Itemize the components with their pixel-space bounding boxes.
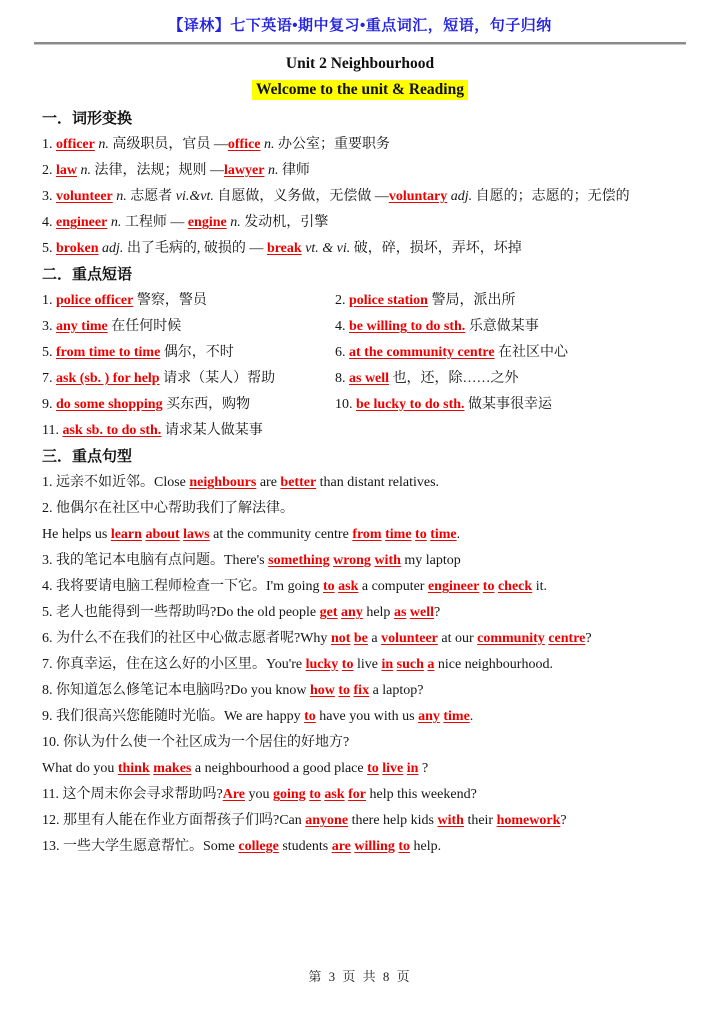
text-segment: than distant relatives. — [316, 475, 439, 490]
text-segment: office — [228, 137, 261, 152]
text-segment: 1. 远亲不如近邻。Close — [42, 475, 189, 490]
wordform-line: 4. engineer n. 工程师 — engine n. 发动机，引擎 — [42, 210, 680, 236]
text-segment: as well — [349, 371, 389, 386]
text-segment: 办公室；重要职务 — [275, 137, 391, 152]
text-segment: time — [430, 527, 456, 542]
text-segment: 警察，警员 — [133, 293, 207, 308]
text-segment: help — [363, 605, 394, 620]
text-segment: you — [245, 787, 273, 802]
text-segment: any — [418, 709, 440, 724]
text-segment: college — [238, 839, 278, 854]
text-segment: 6. 为什么不在我们的社区中心做志愿者呢?Why — [42, 631, 331, 646]
text-segment: lawyer — [224, 163, 264, 178]
text-segment: 买东西，购物 — [163, 397, 251, 412]
wordform-line: 2. law n. 法律，法规；规则 —lawyer n. 律师 — [42, 158, 680, 184]
text-segment: 10. 你认为什么使一个社区成为一个居住的好地方? — [42, 735, 349, 750]
phrase-row: 3. any time 在任何时候4. be willing to do sth… — [42, 314, 680, 340]
text-segment: there help kids — [348, 813, 437, 828]
text-segment: check — [498, 579, 532, 594]
sentence-line: 12. 那里有人能在作业方面帮孩子们吗?Can anyone there hel… — [42, 808, 680, 834]
text-segment: 2. 他偶尔在社区中心帮助我们了解法律。 — [42, 501, 294, 516]
text-segment: homework — [497, 813, 561, 828]
text-segment: 10. — [335, 397, 356, 412]
text-segment: 也，还，除……之外 — [389, 371, 519, 386]
text-segment: willing — [354, 839, 394, 854]
text-segment: 9. — [42, 397, 56, 412]
text-segment: are — [332, 839, 351, 854]
text-segment: at the community centre — [210, 527, 353, 542]
text-segment: 发动机，引擎 — [241, 215, 329, 230]
text-segment: 做某事很幸运 — [465, 397, 553, 412]
text-segment: ask — [324, 787, 344, 802]
section-heading-phrases: 二．重点短语 — [42, 262, 680, 288]
text-segment: officer — [56, 137, 95, 152]
unit-title: Unit 2 Neighbourhood — [0, 55, 720, 73]
text-segment: break — [267, 241, 302, 256]
document-page: 【译林】七下英语•期中复习•重点词汇，短语，句子归纳 Unit 2 Neighb… — [0, 0, 720, 1024]
text-segment: vt. & vi. — [305, 241, 350, 256]
text-segment: n. — [98, 137, 109, 152]
text-segment: how — [310, 683, 335, 698]
text-segment: with — [374, 553, 400, 568]
phrase-item: 6. at the community centre 在社区中心 — [335, 340, 568, 366]
text-segment: 在社区中心 — [495, 345, 569, 360]
text-segment: such — [397, 657, 424, 672]
phrase-item: 8. as well 也，还，除……之外 — [335, 366, 519, 392]
wordforms-list: 1. officer n. 高级职员，官员 —office n. 办公室；重要职… — [42, 132, 680, 262]
text-segment: engineer — [428, 579, 479, 594]
text-segment: 自愿的；志愿的；无偿的 — [472, 189, 630, 204]
text-segment: n. — [268, 163, 279, 178]
text-segment: 自愿做，义务做，无偿做 — — [214, 189, 389, 204]
text-segment: a neighbourhood a good place — [191, 761, 367, 776]
text-segment: He helps us — [42, 527, 111, 542]
text-segment: 律师 — [278, 163, 310, 178]
page-number-footer: 第 3 页 共 8 页 — [0, 966, 720, 985]
text-segment: to — [323, 579, 335, 594]
text-segment: 警局，派出所 — [428, 293, 516, 308]
text-segment: in — [407, 761, 419, 776]
text-segment: get — [320, 605, 338, 620]
text-segment: adj. — [102, 241, 123, 256]
sentence-line: 10. 你认为什么使一个社区成为一个居住的好地方? — [42, 730, 680, 756]
text-segment: 高级职员，官员 — — [109, 137, 228, 152]
text-segment: 4. — [335, 319, 349, 334]
text-segment: well — [410, 605, 434, 620]
text-segment: it. — [532, 579, 547, 594]
text-segment: anyone — [305, 813, 348, 828]
sentences-list: 1. 远亲不如近邻。Close neighbours are better th… — [42, 470, 680, 860]
text-segment: n. — [264, 137, 275, 152]
text-segment: . — [457, 527, 461, 542]
phrase-row: 7. ask (sb. ) for help 请求（某人）帮助8. as wel… — [42, 366, 680, 392]
text-segment: voluntary — [389, 189, 447, 204]
text-segment: in — [381, 657, 393, 672]
text-segment: do some shopping — [56, 397, 163, 412]
text-segment: ask (sb. ) for help — [56, 371, 160, 386]
text-segment: 请求（某人）帮助 — [160, 371, 276, 386]
text-segment: to — [342, 657, 354, 672]
text-segment: 8. — [335, 371, 349, 386]
text-segment: students — [279, 839, 332, 854]
text-segment: ? — [434, 605, 440, 620]
text-segment: a — [368, 631, 381, 646]
sentence-line: 5. 老人也能得到一些帮助吗?Do the old people get any… — [42, 600, 680, 626]
text-segment: help this weekend? — [366, 787, 477, 802]
text-segment: 4. 我将要请电脑工程师检查一下它。I'm going — [42, 579, 323, 594]
lesson-subtitle-highlight: Welcome to the unit & Reading — [252, 80, 468, 100]
phrase-row: 11. ask sb. to do sth. 请求某人做某事 — [42, 418, 680, 444]
text-segment: police officer — [56, 293, 133, 308]
text-segment: 2. — [42, 163, 56, 178]
phrase-item: 4. be willing to do sth. 乐意做某事 — [335, 314, 539, 340]
phrase-item: 9. do some shopping 买东西，购物 — [42, 392, 335, 418]
text-segment: 9. 我们很高兴您能随时光临。We are happy — [42, 709, 304, 724]
text-segment: 法律，法规；规则 — — [91, 163, 224, 178]
text-segment: wrong — [333, 553, 371, 568]
text-segment: law — [56, 163, 77, 178]
text-segment: to — [367, 761, 379, 776]
text-segment: be — [354, 631, 368, 646]
section-heading-wordforms: 一．词形变换 — [42, 106, 680, 132]
phrase-item: 1. police officer 警察，警员 — [42, 288, 335, 314]
text-segment: 在任何时候 — [108, 319, 182, 334]
phrase-row: 1. police officer 警察，警员2. police station… — [42, 288, 680, 314]
text-segment: something — [268, 553, 329, 568]
text-segment: 7. 你真幸运，住在这么好的小区里。You're — [42, 657, 306, 672]
text-segment: for — [348, 787, 366, 802]
text-segment: 出了毛病的, 破损的 — — [123, 241, 267, 256]
text-segment: any time — [56, 319, 108, 334]
sentence-line: 3. 我的笔记本电脑有点问题。There's something wrong w… — [42, 548, 680, 574]
text-segment: better — [280, 475, 316, 490]
content-area: 一．词形变换 1. officer n. 高级职员，官员 —office n. … — [0, 100, 720, 860]
text-segment: to — [483, 579, 495, 594]
text-segment: n. — [111, 215, 122, 230]
text-segment: to — [304, 709, 316, 724]
text-segment: to — [398, 839, 410, 854]
text-segment: 7. — [42, 371, 56, 386]
sentence-line: What do you think makes a neighbourhood … — [42, 756, 680, 782]
phrase-item: 5. from time to time 偶尔，不时 — [42, 340, 335, 366]
text-segment: n. — [116, 189, 127, 204]
text-segment: at the community centre — [349, 345, 495, 360]
text-segment: vi.&vt. — [176, 189, 214, 204]
phrases-list: 1. police officer 警察，警员2. police station… — [42, 288, 680, 444]
section-heading-sentences: 三．重点句型 — [42, 444, 680, 470]
text-segment: makes — [153, 761, 191, 776]
text-segment: be willing to do sth. — [349, 319, 465, 334]
text-segment: ? — [418, 761, 428, 776]
text-segment: 11. 这个周末你会寻求帮助吗? — [42, 787, 223, 802]
text-segment: 请求某人做某事 — [161, 423, 263, 438]
text-segment: engine — [188, 215, 227, 230]
text-segment: are — [256, 475, 280, 490]
phrase-item: 10. be lucky to do sth. 做某事很幸运 — [335, 392, 552, 418]
text-segment: to — [338, 683, 350, 698]
sentence-line: 11. 这个周末你会寻求帮助吗?Are you going to ask for… — [42, 782, 680, 808]
sentence-line: 2. 他偶尔在社区中心帮助我们了解法律。 — [42, 496, 680, 522]
text-segment: their — [464, 813, 497, 828]
text-segment: volunteer — [56, 189, 113, 204]
text-segment: a laptop? — [369, 683, 423, 698]
text-segment: n. — [230, 215, 241, 230]
text-segment: fix — [354, 683, 370, 698]
text-segment: 2. — [335, 293, 349, 308]
text-segment: going — [273, 787, 306, 802]
text-segment: 3. — [42, 319, 56, 334]
text-segment: broken — [56, 241, 99, 256]
text-segment: to — [415, 527, 427, 542]
text-segment: 1. — [42, 137, 56, 152]
text-segment: time — [443, 709, 469, 724]
sentence-line: 7. 你真幸运，住在这么好的小区里。You're lucky to live i… — [42, 652, 680, 678]
text-segment: 4. — [42, 215, 56, 230]
text-segment: laws — [183, 527, 209, 542]
text-segment: volunteer — [381, 631, 438, 646]
text-segment: 3. 我的笔记本电脑有点问题。There's — [42, 553, 268, 568]
text-segment: have you with us — [316, 709, 418, 724]
sentence-line: 1. 远亲不如近邻。Close neighbours are better th… — [42, 470, 680, 496]
sentence-line: 6. 为什么不在我们的社区中心做志愿者呢?Why not be a volunt… — [42, 626, 680, 652]
text-segment: to — [309, 787, 321, 802]
text-segment: engineer — [56, 215, 107, 230]
text-segment: 乐意做某事 — [465, 319, 539, 334]
phrase-row: 5. from time to time 偶尔，不时6. at the comm… — [42, 340, 680, 366]
text-segment: live — [382, 761, 403, 776]
text-segment: ? — [560, 813, 566, 828]
text-segment: not — [331, 631, 350, 646]
text-segment: 5. — [42, 345, 56, 360]
header-title: 【译林】七下英语•期中复习•重点词汇，短语，句子归纳 — [0, 0, 720, 35]
text-segment: 6. — [335, 345, 349, 360]
text-segment: ask sb. to do sth. — [62, 423, 161, 438]
phrase-row: 9. do some shopping 买东西，购物10. be lucky t… — [42, 392, 680, 418]
text-segment: 5. 老人也能得到一些帮助吗?Do the old people — [42, 605, 320, 620]
text-segment: a computer — [358, 579, 428, 594]
sentence-line: 4. 我将要请电脑工程师检查一下它。I'm going to ask a com… — [42, 574, 680, 600]
text-segment: help. — [410, 839, 441, 854]
text-segment: think — [118, 761, 150, 776]
text-segment: police station — [349, 293, 428, 308]
text-segment: . — [470, 709, 474, 724]
text-segment: be lucky to do sth. — [356, 397, 465, 412]
sentence-line: He helps us learn about laws at the comm… — [42, 522, 680, 548]
text-segment: neighbours — [189, 475, 256, 490]
wordform-line: 3. volunteer n. 志愿者 vi.&vt. 自愿做，义务做，无偿做 … — [42, 184, 680, 210]
text-segment: What do you — [42, 761, 118, 776]
text-segment: centre — [548, 631, 585, 646]
text-segment: from — [352, 527, 381, 542]
sentence-line: 9. 我们很高兴您能随时光临。We are happy to have you … — [42, 704, 680, 730]
text-segment: 工程师 — — [121, 215, 188, 230]
text-segment: 12. 那里有人能在作业方面帮孩子们吗?Can — [42, 813, 305, 828]
sentence-line: 8. 你知道怎么修笔记本电脑吗?Do you know how to fix a… — [42, 678, 680, 704]
text-segment: adj. — [451, 189, 472, 204]
text-segment: ask — [338, 579, 358, 594]
wordform-line: 1. officer n. 高级职员，官员 —office n. 办公室；重要职… — [42, 132, 680, 158]
text-segment: community — [477, 631, 545, 646]
text-segment: at our — [438, 631, 477, 646]
subtitle-row: Welcome to the unit & Reading — [0, 80, 720, 100]
text-segment: 8. 你知道怎么修笔记本电脑吗?Do you know — [42, 683, 310, 698]
text-segment: nice neighbourhood. — [434, 657, 553, 672]
text-segment: my laptop — [401, 553, 461, 568]
text-segment: 破，碎，损坏，弄坏，坏掉 — [350, 241, 522, 256]
text-segment: from time to time — [56, 345, 160, 360]
text-segment: 3. — [42, 189, 56, 204]
phrase-item: 11. ask sb. to do sth. 请求某人做某事 — [42, 418, 335, 444]
phrase-item: 2. police station 警局，派出所 — [335, 288, 515, 314]
text-segment: 5. — [42, 241, 56, 256]
text-segment: 1. — [42, 293, 56, 308]
text-segment: any — [341, 605, 363, 620]
text-segment: about — [145, 527, 179, 542]
text-segment: 11. — [42, 423, 62, 438]
phrase-item: 3. any time 在任何时候 — [42, 314, 335, 340]
text-segment: time — [385, 527, 411, 542]
text-segment: ? — [585, 631, 591, 646]
text-segment: 13. 一些大学生愿意帮忙。Some — [42, 839, 238, 854]
text-segment: live — [353, 657, 381, 672]
text-segment: 志愿者 — [127, 189, 176, 204]
sentence-line: 13. 一些大学生愿意帮忙。Some college students are … — [42, 834, 680, 860]
text-segment: lucky — [306, 657, 339, 672]
text-segment: learn — [111, 527, 142, 542]
header-divider — [34, 42, 686, 45]
text-segment: as — [394, 605, 406, 620]
wordform-line: 5. broken adj. 出了毛病的, 破损的 — break vt. & … — [42, 236, 680, 262]
text-segment: with — [437, 813, 463, 828]
text-segment: Are — [223, 787, 245, 802]
text-segment: n. — [81, 163, 92, 178]
text-segment: 偶尔，不时 — [160, 345, 234, 360]
phrase-item: 7. ask (sb. ) for help 请求（某人）帮助 — [42, 366, 335, 392]
